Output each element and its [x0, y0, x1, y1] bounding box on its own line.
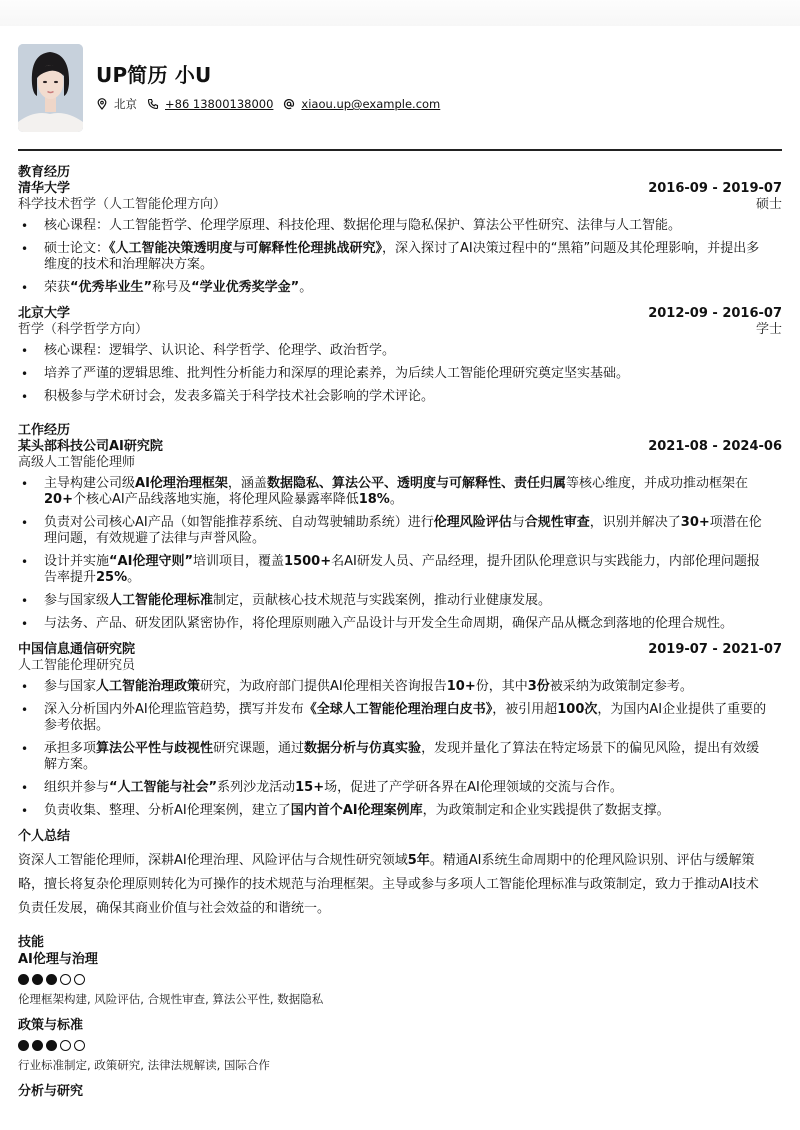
bullet-item: 核心课程：逻辑学、认识论、科学哲学、伦理学、政治哲学。	[18, 343, 782, 359]
skill-level-rating	[18, 974, 782, 986]
filled-dot-icon	[46, 1040, 57, 1051]
work-section: 工作经历 某头部科技公司AI研究院 2021-08 - 2024-06 高级人工…	[18, 423, 782, 819]
skill-level-rating	[18, 1040, 782, 1052]
portrait-image	[18, 44, 83, 132]
education-entry: 清华大学 2016-09 - 2019-07 科学技术哲学（人工智能伦理方向） …	[18, 181, 782, 296]
body-text: ，被引用超	[492, 702, 557, 717]
filled-dot-icon	[32, 974, 43, 985]
bullet-list: 主导构建公司级AI伦理治理框架，涵盖数据隐私、算法公平、透明度与可解释性、责任归…	[18, 476, 782, 632]
emphasis-text: “AI伦理守则”	[109, 554, 193, 569]
bullet-item: 荣获“优秀毕业生”称号及“学业优秀奖学金”。	[18, 280, 782, 296]
bullet-item: 负责对公司核心AI产品（如智能推荐系统、自动驾驶辅助系统）进行伦理风险评估与合规…	[18, 515, 782, 547]
skill-group: AI伦理与治理 伦理框架构建, 风险评估, 合规性审查, 算法公平性, 数据隐私	[18, 951, 782, 1007]
bullet-list: 核心课程：逻辑学、认识论、科学哲学、伦理学、政治哲学。培养了严谨的逻辑思维、批判…	[18, 343, 782, 405]
filled-dot-icon	[32, 1040, 43, 1051]
phone-link[interactable]: +86 13800138000	[165, 96, 273, 112]
skill-name: 分析与研究	[18, 1083, 782, 1100]
emphasis-text: 国内首个AI伦理案例库	[291, 803, 423, 818]
summary-text: 资深人工智能伦理师，深耕AI伦理治理、风险评估与合规性研究领域5年。精通AI系统…	[18, 849, 782, 921]
emphasis-text: 15+	[295, 780, 324, 795]
education-dates: 2016-09 - 2019-07	[648, 181, 782, 197]
contact-row: 北京 +86 13800138000 xiaou.up@example.com	[96, 96, 450, 112]
contact-phone: +86 13800138000	[147, 96, 273, 112]
resume-header: UP简历 小U 北京 +86 13800138000	[18, 44, 782, 132]
skill-group: 分析与研究	[18, 1083, 782, 1100]
bullet-item: 核心课程：人工智能哲学、伦理学原理、科技伦理、数据伦理与隐私保护、算法公平性研究…	[18, 218, 782, 234]
empty-dot-icon	[60, 1040, 71, 1051]
body-text: 场，促进了产学研各界在AI伦理领域的交流与合作。	[324, 780, 623, 795]
education-section: 教育经历 清华大学 2016-09 - 2019-07 科学技术哲学（人工智能伦…	[18, 165, 782, 405]
emphasis-text: 18%	[359, 492, 390, 507]
education-dates: 2012-09 - 2016-07	[648, 306, 782, 322]
body-text: 积极参与学术研讨会，发表多篇关于科学技术社会影响的学术评论。	[44, 389, 434, 404]
skill-name: AI伦理与治理	[18, 951, 782, 968]
section-title-work: 工作经历	[18, 423, 782, 439]
skill-name: 政策与标准	[18, 1017, 782, 1034]
emphasis-text: 20+	[44, 492, 73, 507]
bullet-item: 硕士论文：《人工智能决策透明度与可解释性伦理挑战研究》，深入探讨了AI决策过程中…	[18, 241, 782, 273]
location-icon	[96, 98, 108, 110]
body-text: 负责收集、整理、分析AI伦理案例，建立了	[44, 803, 291, 818]
work-entry: 某头部科技公司AI研究院 2021-08 - 2024-06 高级人工智能伦理师…	[18, 439, 782, 632]
school-name: 北京大学	[18, 306, 70, 322]
email-link[interactable]: xiaou.up@example.com	[301, 96, 440, 112]
body-text: 。	[390, 492, 403, 507]
degree: 硕士	[756, 197, 782, 213]
body-text: 参与国家	[44, 679, 96, 694]
bullet-item: 积极参与学术研讨会，发表多篇关于科学技术社会影响的学术评论。	[18, 389, 782, 405]
skill-keywords: 行业标准制定, 政策研究, 法律法规解读, 国际合作	[18, 1058, 782, 1073]
work-entry: 中国信息通信研究院 2019-07 - 2021-07 人工智能伦理研究员 参与…	[18, 642, 782, 819]
job-role: 人工智能伦理研究员	[18, 658, 135, 674]
emphasis-text: 人工智能伦理标准	[109, 593, 213, 608]
body-text: 承担多项	[44, 741, 96, 756]
contact-location: 北京	[96, 96, 137, 112]
body-text: 资深人工智能伦理师，深耕AI伦理治理、风险评估与合规性研究领域	[18, 853, 408, 868]
filled-dot-icon	[18, 974, 29, 985]
body-text: 。	[299, 280, 312, 295]
emphasis-text: 人工智能治理政策	[96, 679, 200, 694]
major: 科学技术哲学（人工智能伦理方向）	[18, 197, 226, 213]
profile-photo	[18, 44, 83, 132]
location-text: 北京	[114, 96, 137, 112]
header-divider	[18, 149, 782, 151]
emphasis-text: AI伦理治理框架	[135, 476, 228, 491]
education-entry: 北京大学 2012-09 - 2016-07 哲学（科学哲学方向） 学士 核心课…	[18, 306, 782, 405]
filled-dot-icon	[18, 1040, 29, 1051]
candidate-name: UP简历 小U	[96, 62, 450, 88]
skills-section: 技能 AI伦理与治理 伦理框架构建, 风险评估, 合规性审查, 算法公平性, 数…	[18, 935, 782, 1100]
bullet-item: 培养了严谨的逻辑思维、批判性分析能力和深厚的理论素养，为后续人工智能伦理研究奠定…	[18, 366, 782, 382]
emphasis-text: “优秀毕业生”	[70, 280, 152, 295]
emphasis-text: 25%	[96, 570, 127, 585]
emphasis-text: 《人工智能决策透明度与可解释性伦理挑战研究》	[109, 241, 382, 256]
emphasis-text: 算法公平性与歧视性	[96, 741, 213, 756]
body-text: 硕士论文：	[44, 241, 109, 256]
job-role: 高级人工智能伦理师	[18, 455, 135, 471]
body-text: ，为政策制定和企业实践提供了数据支撑。	[423, 803, 670, 818]
body-text: 系列沙龙活动	[217, 780, 295, 795]
body-text: 核心课程：人工智能哲学、伦理学原理、科技伦理、数据伦理与隐私保护、算法公平性研究…	[44, 218, 681, 233]
body-text: 。	[127, 570, 140, 585]
header-info: UP简历 小U 北京 +86 13800138000	[96, 44, 450, 112]
emphasis-text: 3份	[528, 679, 550, 694]
body-text: 研究，为政府部门提供AI伦理相关咨询报告	[200, 679, 447, 694]
section-title-skills: 技能	[18, 935, 782, 951]
body-text: ，识别并解决了	[590, 515, 681, 530]
summary-section: 个人总结 资深人工智能伦理师，深耕AI伦理治理、风险评估与合规性研究领域5年。精…	[18, 829, 782, 921]
top-bar	[0, 0, 800, 26]
body-text: 份，其中	[476, 679, 528, 694]
body-text: 参与国家级	[44, 593, 109, 608]
section-title-education: 教育经历	[18, 165, 782, 181]
work-dates: 2021-08 - 2024-06	[648, 439, 782, 455]
body-text: 与	[512, 515, 525, 530]
bullet-item: 组织并参与“人工智能与社会”系列沙龙活动15+场，促进了产学研各界在AI伦理领域…	[18, 780, 782, 796]
bullet-item: 设计并实施“AI伦理守则”培训项目，覆盖1500+名AI研发人员、产品经理，提升…	[18, 554, 782, 586]
emphasis-text: 合规性审查	[525, 515, 590, 530]
body-text: 设计并实施	[44, 554, 109, 569]
emphasis-text: 10+	[447, 679, 476, 694]
resume-page: UP简历 小U 北京 +86 13800138000	[18, 44, 782, 1100]
body-text: 主导构建公司级	[44, 476, 135, 491]
contact-email: xiaou.up@example.com	[283, 96, 440, 112]
bullet-list: 参与国家人工智能治理政策研究，为政府部门提供AI伦理相关咨询报告10+份，其中3…	[18, 679, 782, 819]
body-text: ，涵盖	[228, 476, 267, 491]
degree: 学士	[756, 322, 782, 338]
skill-group: 政策与标准 行业标准制定, 政策研究, 法律法规解读, 国际合作	[18, 1017, 782, 1073]
bullet-list: 核心课程：人工智能哲学、伦理学原理、科技伦理、数据伦理与隐私保护、算法公平性研究…	[18, 218, 782, 296]
bullet-item: 负责收集、整理、分析AI伦理案例，建立了国内首个AI伦理案例库，为政策制定和企业…	[18, 803, 782, 819]
body-text: 培训项目，覆盖	[193, 554, 284, 569]
phone-icon	[147, 98, 159, 110]
empty-dot-icon	[74, 974, 85, 985]
emphasis-text: 1500+	[284, 554, 331, 569]
emphasis-text: 数据隐私、算法公平、透明度与可解释性、责任归属	[267, 476, 566, 491]
emphasis-text: “学业优秀奖学金”	[191, 280, 299, 295]
emphasis-text: “人工智能与社会”	[109, 780, 217, 795]
work-dates: 2019-07 - 2021-07	[648, 642, 782, 658]
at-icon	[283, 98, 295, 110]
emphasis-text: 30+	[681, 515, 710, 530]
body-text: 荣获	[44, 280, 70, 295]
emphasis-text: 伦理风险评估	[434, 515, 512, 530]
body-text: 等核心维度，并成功推动框架在	[566, 476, 748, 491]
bullet-item: 承担多项算法公平性与歧视性研究课题，通过数据分析与仿真实验，发现并量化了算法在特…	[18, 741, 782, 773]
bullet-item: 深入分析国内外AI伦理监管趋势，撰写并发布《全球人工智能伦理治理白皮书》，被引用…	[18, 702, 782, 734]
bullet-item: 参与国家人工智能治理政策研究，为政府部门提供AI伦理相关咨询报告10+份，其中3…	[18, 679, 782, 695]
skill-keywords: 伦理框架构建, 风险评估, 合规性审查, 算法公平性, 数据隐私	[18, 992, 782, 1007]
body-text: 深入分析国内外AI伦理监管趋势，撰写并发布	[44, 702, 304, 717]
body-text: 研究课题，通过	[213, 741, 304, 756]
emphasis-text: 5年	[408, 853, 430, 868]
bullet-item: 与法务、产品、研发团队紧密协作，将伦理原则融入产品设计与开发全生命周期，确保产品…	[18, 616, 782, 632]
body-text: 核心课程：逻辑学、认识论、科学哲学、伦理学、政治哲学。	[44, 343, 395, 358]
emphasis-text: 《全球人工智能伦理治理白皮书》	[304, 702, 493, 717]
bullet-item: 参与国家级人工智能伦理标准制定，贡献核心技术规范与实践案例，推动行业健康发展。	[18, 593, 782, 609]
empty-dot-icon	[74, 1040, 85, 1051]
company-name: 某头部科技公司AI研究院	[18, 439, 163, 455]
body-text: 制定，贡献核心技术规范与实践案例，推动行业健康发展。	[213, 593, 551, 608]
emphasis-text: 数据分析与仿真实验	[304, 741, 421, 756]
body-text: 称号及	[152, 280, 191, 295]
body-text: 个核心AI产品线落地实施，将伦理风险暴露率降低	[73, 492, 359, 507]
filled-dot-icon	[46, 974, 57, 985]
body-text: 负责对公司核心AI产品（如智能推荐系统、自动驾驶辅助系统）进行	[44, 515, 434, 530]
school-name: 清华大学	[18, 181, 70, 197]
body-text: 被采纳为政策制定参考。	[550, 679, 693, 694]
company-name: 中国信息通信研究院	[18, 642, 135, 658]
body-text: 与法务、产品、研发团队紧密协作，将伦理原则融入产品设计与开发全生命周期，确保产品…	[44, 616, 733, 631]
section-title-summary: 个人总结	[18, 829, 782, 845]
empty-dot-icon	[60, 974, 71, 985]
bullet-item: 主导构建公司级AI伦理治理框架，涵盖数据隐私、算法公平、透明度与可解释性、责任归…	[18, 476, 782, 508]
body-text: 组织并参与	[44, 780, 109, 795]
body-text: 培养了严谨的逻辑思维、批判性分析能力和深厚的理论素养，为后续人工智能伦理研究奠定…	[44, 366, 629, 381]
emphasis-text: 100次	[557, 702, 597, 717]
major: 哲学（科学哲学方向）	[18, 322, 148, 338]
